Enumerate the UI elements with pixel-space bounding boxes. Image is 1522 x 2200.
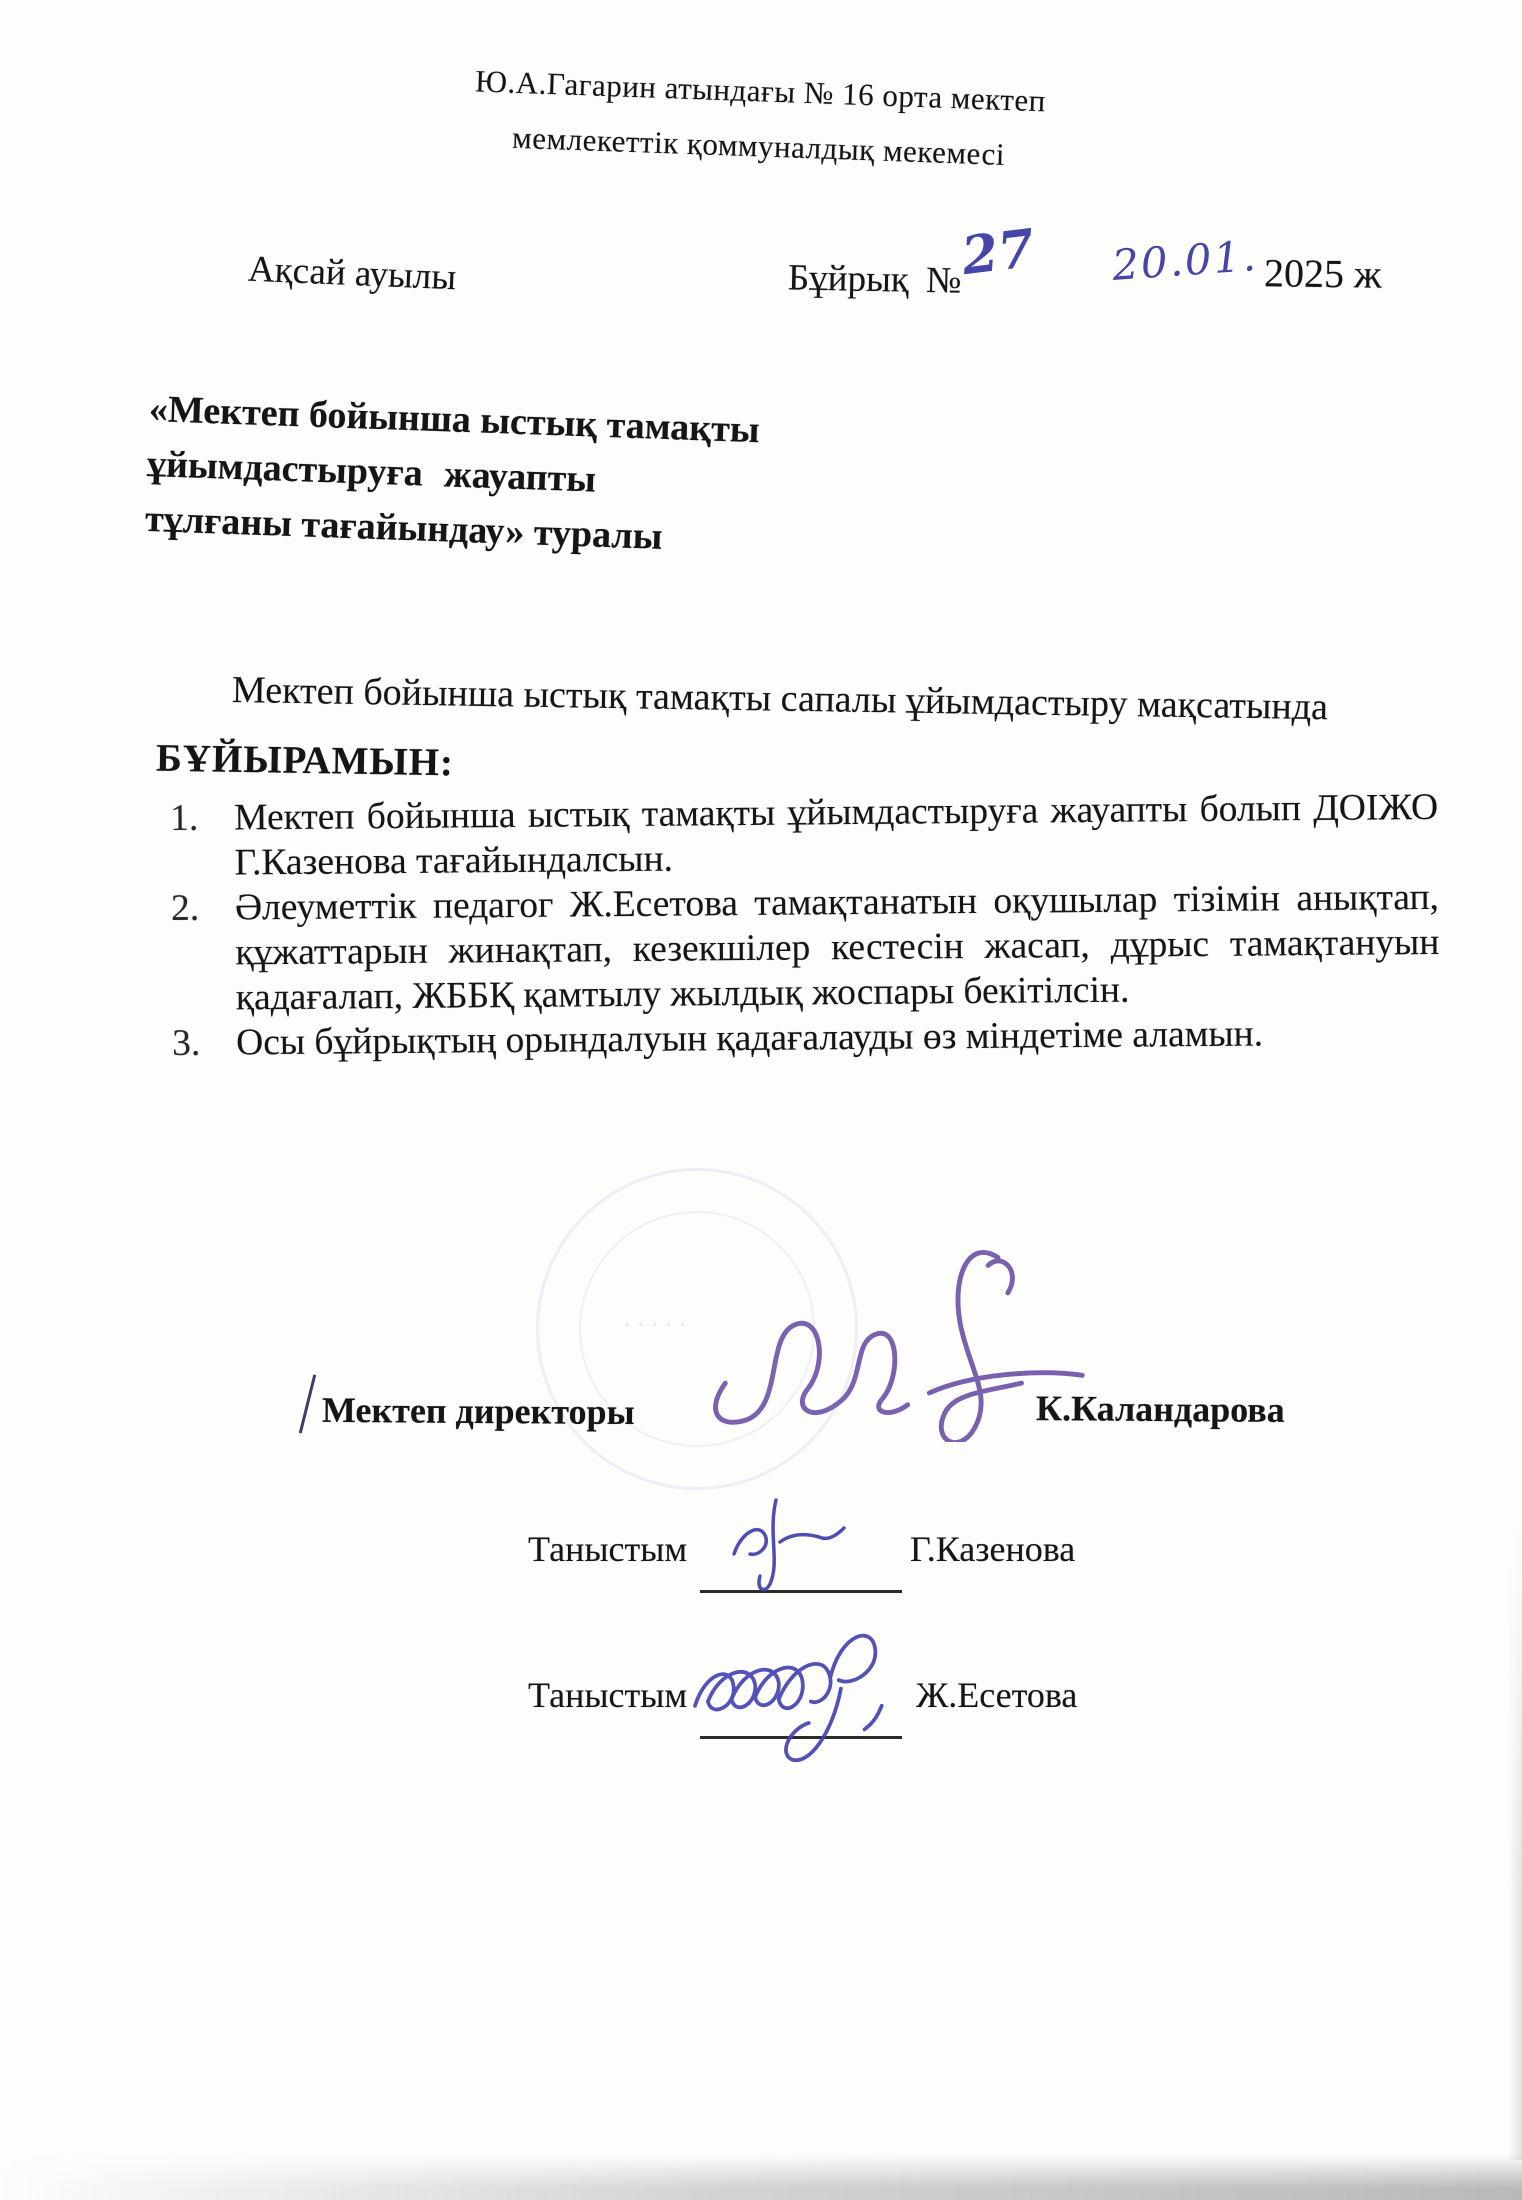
scan-shadow-right: [1508, 1520, 1522, 2160]
order-title: «Мектеп бойынша ыстық тамақты ұйымдастыр…: [144, 382, 1049, 578]
order-label: Бұйрық №: [788, 256, 962, 302]
ack-name: Г.Казенова: [910, 1528, 1075, 1570]
ack-name: Ж.Есетова: [916, 1674, 1077, 1716]
esetova-signature-icon: [680, 1596, 916, 1792]
item-text: Әлеуметтік педагог Ж.Есетова тамақтанаты…: [235, 875, 1440, 1021]
document-header: Ю.А.Гагарин атындағы № 16 орта мектеп ме…: [88, 40, 1431, 197]
order-date-handwritten: 20.01.: [1110, 231, 1259, 290]
kazenova-signature-icon: [718, 1478, 888, 1598]
order-year: 2025 ж: [1264, 249, 1382, 297]
order-item: 2. Әлеуметтік педагог Ж.Есетова тамақтан…: [171, 875, 1440, 1021]
order-item: 1. Мектеп бойынша ыстық тамақты ұйымдаст…: [170, 785, 1439, 886]
item-number: 1.: [170, 795, 235, 886]
intro-paragraph: Мектеп бойынша ыстық тамақты сапалы ұйым…: [232, 668, 1329, 729]
ack-label: Таныстым: [528, 1674, 687, 1716]
item-text: Мектеп бойынша ыстық тамақты ұйымдастыру…: [234, 785, 1439, 886]
decree-keyword: БҰЙЫРАМЫН:: [156, 736, 455, 786]
place-name: Ақсай ауылы: [247, 248, 457, 300]
order-number-handwritten: 27: [959, 218, 1038, 287]
scanned-order-document: Ю.А.Гагарин атындағы № 16 орта мектеп ме…: [0, 0, 1522, 2200]
director-label: Мектеп директоры: [322, 1389, 635, 1433]
order-item: 3. Осы бұйрықтың орындалуын қадағалауды …: [172, 1010, 1440, 1066]
item-text: Осы бұйрықтың орындалуын қадағалауды өз …: [236, 1010, 1440, 1066]
pen-slash-mark: [299, 1375, 316, 1434]
director-signature-icon: [696, 1236, 1092, 1442]
scan-shadow-bottom: [0, 2154, 1522, 2200]
item-number: 2.: [171, 885, 236, 1021]
ack-label: Таныстым: [528, 1528, 687, 1570]
director-name: К.Каландарова: [1036, 1387, 1285, 1431]
order-items-list: 1. Мектеп бойынша ыстық тамақты ұйымдаст…: [170, 785, 1440, 1066]
item-number: 3.: [172, 1020, 236, 1066]
